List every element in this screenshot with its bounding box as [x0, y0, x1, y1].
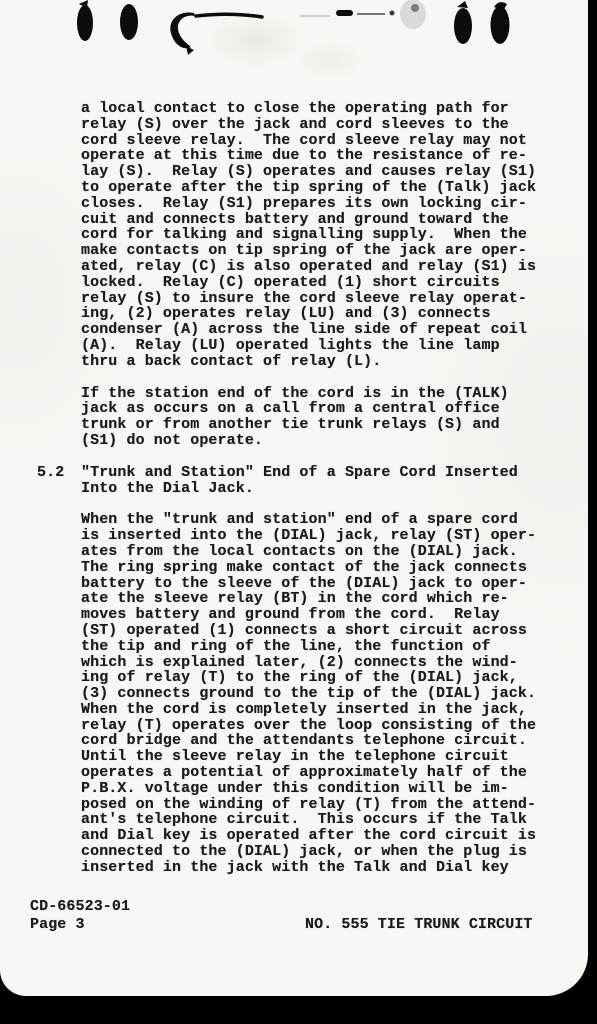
- doc-number: CD-66523-01: [30, 898, 130, 916]
- page-number: Page 3: [30, 916, 130, 934]
- section-title: "Trunk and Station" End of a Spare Cord …: [81, 465, 518, 497]
- footer-left: CD-66523-01 Page 3: [30, 898, 130, 933]
- paragraph-relay-operation: a local contact to close the operating p…: [81, 101, 553, 370]
- paragraph-talk-jack: If the station end of the cord is in the…: [81, 386, 553, 449]
- scanned-document: { "document": { "body": { "paragraph_1":…: [0, 0, 597, 1024]
- doc-title: NO. 555 TIE TRUNK CIRCUIT: [305, 916, 533, 933]
- section-number: 5.2: [37, 465, 81, 497]
- ink-smudge-marks-icon: [0, 0, 597, 64]
- document-body: a local contact to close the operating p…: [37, 101, 553, 892]
- document-page: a local contact to close the operating p…: [0, 0, 588, 996]
- paragraph-dial-jack: When the "trunk and station" end of a sp…: [81, 512, 553, 875]
- section-heading-5-2: 5.2 "Trunk and Station" End of a Spare C…: [37, 465, 553, 497]
